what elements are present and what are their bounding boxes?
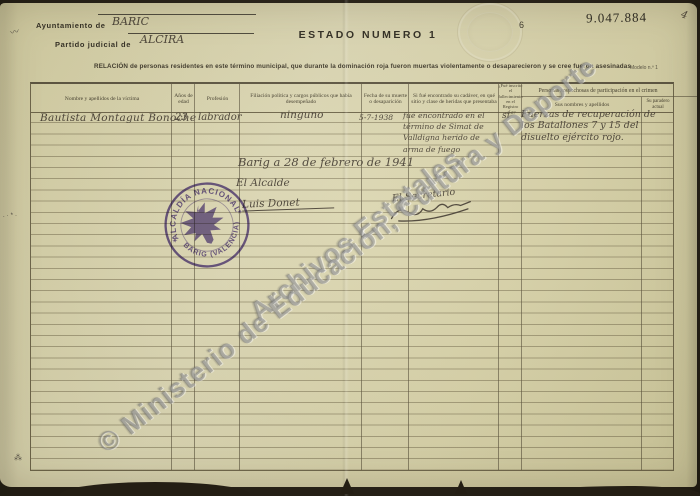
- archive-reference-number: 9.047.884: [586, 9, 647, 26]
- ayuntamiento-value: BARIC: [112, 15, 149, 28]
- partido-value: ALCIRA: [140, 33, 184, 46]
- stamp-star-right: ✶: [235, 206, 244, 217]
- partido-judicial-label: Partido judicial de: [55, 40, 131, 49]
- photographed-document: { "header": { "ayuntamiento_label": "Ayu…: [0, 0, 700, 496]
- col-header-nombre: Nombre y apellidos de la víctima: [31, 84, 173, 114]
- page-edge-shadow: [520, 486, 700, 496]
- ink-mark: ⁂: [14, 453, 22, 462]
- ayuntamiento-label: Ayuntamiento de: [36, 21, 106, 30]
- document-page: Ayuntamiento de BARIC Partido judicial d…: [0, 3, 697, 487]
- margin-mark: 4: [679, 9, 688, 21]
- col-divider: [641, 97, 642, 470]
- col-divider: [239, 84, 240, 470]
- col-header-edad: Años de edad: [171, 84, 196, 114]
- row1-edad: 23: [175, 112, 188, 123]
- row1-fecha: 5-7-1938: [359, 113, 393, 122]
- alcalde-label: El Alcalde: [236, 177, 290, 189]
- col-divider: [361, 84, 362, 470]
- modelo-note: Modelo n.º 1: [630, 65, 658, 71]
- ink-mark: 〰: [9, 24, 21, 39]
- row1-nombre: Bautista Montagut Bonoche: [40, 112, 196, 124]
- row1-profesion: labrador: [198, 112, 242, 123]
- embossed-seal: [458, 3, 522, 61]
- form-title: ESTADO NUMERO 1: [278, 29, 458, 41]
- ink-mark: .·*·: [3, 213, 19, 219]
- relacion-heading: RELACIÓN de personas residentes en este …: [94, 63, 631, 70]
- col-header-profesion: Profesión: [194, 84, 241, 114]
- row1-filiacion: ninguno: [280, 109, 323, 121]
- place-date-line: Barig a 28 de febrero de 1941: [238, 155, 414, 169]
- page-number: 6: [519, 20, 524, 30]
